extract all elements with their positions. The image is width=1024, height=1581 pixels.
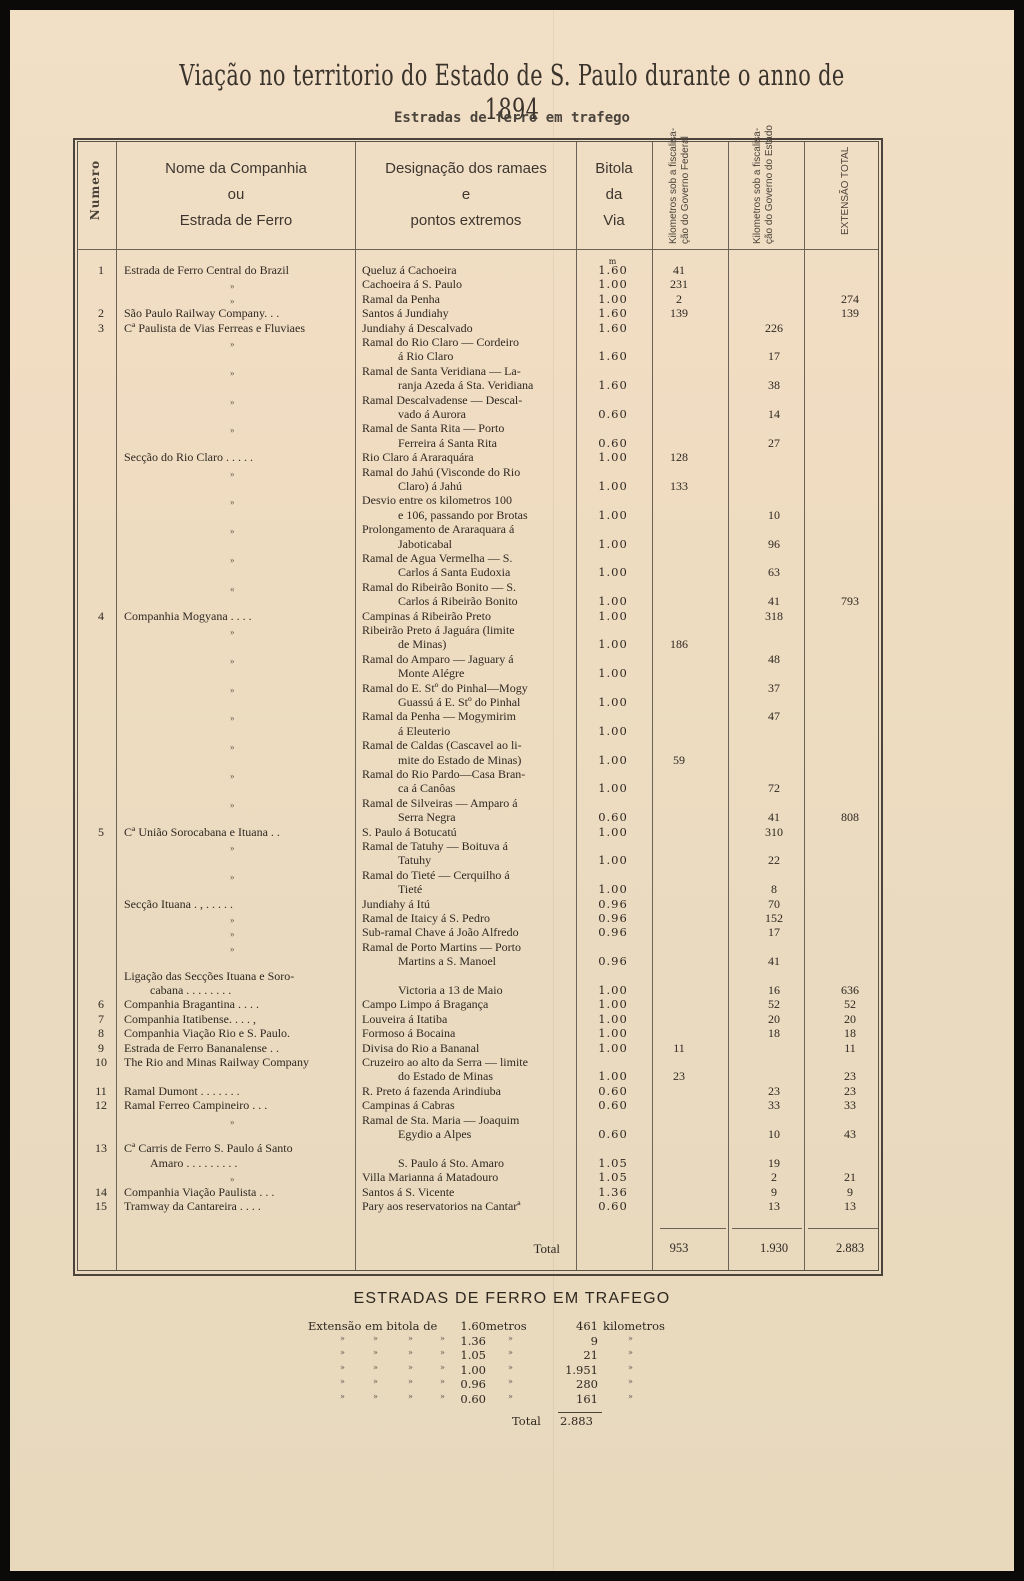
- total-km: 18: [815, 1026, 885, 1040]
- company-ditto-mark: »: [230, 927, 235, 941]
- total-km: 13: [815, 1199, 885, 1213]
- header-federal: Kilometros sob a fiscalisa- ção do Gover…: [668, 144, 692, 244]
- federal-km: 59: [654, 753, 704, 767]
- company-name: Companhia Mogyana . . . .: [124, 609, 252, 623]
- ditto-mark: »: [628, 1377, 633, 1386]
- totals-federal: 953: [654, 1241, 704, 1255]
- header-company: Nome da Companhia ou Estrada de Ferro: [118, 156, 354, 234]
- branch-designation: Cachoeira á S. Paulo: [362, 277, 462, 291]
- header-company-line3: Estrada de Ferro: [118, 208, 354, 234]
- branch-designation: Tieté: [398, 882, 422, 896]
- ditto-mark: »: [340, 1348, 345, 1357]
- document-subtitle: Estradas de ferro em trafego: [10, 110, 1014, 126]
- branch-designation: á Eleuterio: [398, 724, 450, 738]
- branch-designation: Egydio a Alpes: [398, 1127, 471, 1141]
- branch-designation: Santos á Jundiahy: [362, 306, 449, 320]
- company-name: Companhia Viação Paulista . . .: [124, 1185, 274, 1199]
- summary-gauge: 1.00: [440, 1363, 486, 1377]
- federal-km: 186: [654, 637, 704, 651]
- branch-designation: Campo Limpo á Bragança: [362, 997, 488, 1011]
- total-km: 52: [815, 997, 885, 1011]
- gauge-value: 1.00: [582, 825, 644, 839]
- company-ditto-mark: »: [230, 1115, 235, 1129]
- branch-designation: Sub-ramal Chave á João Alfredo: [362, 925, 519, 939]
- header-branches-line1: Designação dos ramaes: [356, 156, 576, 182]
- state-km: 48: [738, 652, 810, 666]
- state-km: 17: [738, 349, 810, 363]
- branch-designation: Ramal da Penha — Mogymirim: [362, 709, 516, 723]
- branch-designation: Carlos á Ribeirão Bonito: [398, 594, 518, 608]
- branch-designation: Carlos á Santa Eudoxia: [398, 565, 510, 579]
- company-ditto-mark: »: [230, 337, 235, 351]
- gauge-value: 1.00: [582, 983, 644, 997]
- state-km: 23: [738, 1084, 810, 1098]
- branch-designation: mite do Estado de Minas): [398, 753, 521, 767]
- state-km: 2: [738, 1170, 810, 1184]
- branch-designation: Ramal de Caldas (Cascavel ao li-: [362, 738, 522, 752]
- gauge-value: 0.60: [582, 1199, 644, 1213]
- totals-state: 1.930: [738, 1241, 810, 1255]
- row-number: 3: [86, 321, 116, 335]
- branch-designation: vado á Aurora: [398, 407, 466, 421]
- company-ditto-mark: «: [230, 582, 235, 596]
- summary-km: 161: [540, 1392, 598, 1406]
- branch-designation: Prolongamento de Araraquara á: [362, 522, 514, 536]
- row-number: 2: [86, 306, 116, 320]
- branch-designation: Claro) á Jahú: [398, 479, 462, 493]
- branch-designation: Ramal de Porto Martins — Porto: [362, 940, 521, 954]
- summary-gauge: 0.60: [440, 1392, 486, 1406]
- branch-designation: Jundiahy á Itú: [362, 897, 430, 911]
- branch-designation: Ribeirão Preto á Jaguára (limite: [362, 623, 515, 637]
- paper-fold: [553, 10, 554, 1571]
- gauge-value: 0.60: [582, 810, 644, 824]
- header-state-line1: Kilometros sob a fiscalisa-: [752, 144, 764, 244]
- row-number: 11: [86, 1084, 116, 1098]
- row-number: 7: [86, 1012, 116, 1026]
- state-km: 18: [738, 1026, 810, 1040]
- summary-label: Extensão em bitola de: [308, 1319, 437, 1333]
- gauge-value: 1.00: [582, 565, 644, 579]
- company-name: Estrada de Ferro Bananalense . .: [124, 1041, 279, 1055]
- branch-designation: Victoria a 13 de Maio: [398, 983, 503, 997]
- gauge-value: 1.00: [582, 1026, 644, 1040]
- gauge-value: 1.00: [582, 594, 644, 608]
- company-ditto-mark: »: [230, 625, 235, 639]
- total-km: 23: [815, 1084, 885, 1098]
- total-km: 20: [815, 1012, 885, 1026]
- header-branches-line2: e: [356, 182, 576, 208]
- branch-designation: S. Paulo á Sto. Amaro: [398, 1156, 504, 1170]
- gauge-value: 1.05: [582, 1170, 644, 1184]
- company-name: The Rio and Minas Railway Company: [124, 1055, 309, 1069]
- state-km: 10: [738, 508, 810, 522]
- company-name: Tramway da Cantareira . . . .: [124, 1199, 261, 1213]
- header-gauge-line3: Via: [578, 208, 650, 234]
- company-ditto-mark: »: [230, 279, 235, 293]
- federal-km: 23: [654, 1069, 704, 1083]
- header-total: EXTENSÃO TOTAL: [840, 155, 852, 235]
- header-rule: [78, 249, 878, 250]
- state-km: 41: [738, 954, 810, 968]
- column-rule: [576, 142, 577, 1270]
- gauge-value: 0.96: [582, 954, 644, 968]
- gauge-value: 0.96: [582, 911, 644, 925]
- ditto-mark: »: [508, 1377, 513, 1386]
- branch-designation: Santos á S. Vicente: [362, 1185, 454, 1199]
- branch-designation: Ramal Descalvadense — Descal-: [362, 393, 522, 407]
- company-name: Secção do Rio Claro . . . . .: [124, 450, 253, 464]
- state-km: 63: [738, 565, 810, 579]
- total-km: 139: [815, 306, 885, 320]
- row-number: 1: [86, 263, 116, 277]
- gauge-value: 1.00: [582, 724, 644, 738]
- state-km: 14: [738, 407, 810, 421]
- company-ditto-mark: »: [230, 841, 235, 855]
- branch-designation: ranja Azeda á Sta. Veridiana: [398, 378, 533, 392]
- branch-designation: Jaboticabal: [398, 537, 452, 551]
- column-rule: [355, 142, 356, 1270]
- company-ditto-mark: »: [230, 654, 235, 668]
- gauge-value: 1.60: [582, 349, 644, 363]
- company-ditto-mark: »: [230, 395, 235, 409]
- gauge-value: 1.60: [582, 378, 644, 392]
- company-name: Ligação das Secções Ituana e Soro-cabana…: [124, 969, 294, 998]
- ditto-mark: »: [373, 1348, 378, 1357]
- state-km: 27: [738, 436, 810, 450]
- gauge-value: 1.60: [582, 321, 644, 335]
- branch-designation: Villa Marianna á Matadouro: [362, 1170, 498, 1184]
- branch-designation: Campinas á Cabras: [362, 1098, 455, 1112]
- state-km: 10: [738, 1127, 810, 1141]
- branch-designation: Louveira á Itatiba: [362, 1012, 447, 1026]
- branch-designation: Ramal de Santa Veridiana — La-: [362, 364, 521, 378]
- company-ditto-mark: »: [230, 467, 235, 481]
- summary-gauge: 1.36: [440, 1334, 486, 1348]
- branch-designation: Ramal do Tieté — Cerquilho á: [362, 868, 510, 882]
- branch-designation: Ramal do Amparo — Jaguary á: [362, 652, 514, 666]
- ditto-mark: »: [628, 1392, 633, 1401]
- summary-km: 9: [540, 1334, 598, 1348]
- state-km: 47: [738, 709, 810, 723]
- summary-title: ESTRADAS DE FERRO EM TRAFEGO: [0, 1290, 1024, 1308]
- branch-designation: á Rio Claro: [398, 349, 453, 363]
- ditto-mark: »: [340, 1377, 345, 1386]
- company-name: Secção Ituana . , . . . . .: [124, 897, 233, 911]
- state-km: 8: [738, 882, 810, 896]
- gauge-value: 0.96: [582, 897, 644, 911]
- state-km: 13: [738, 1199, 810, 1213]
- branch-designation: Cruzeiro ao alto da Serra — limite: [362, 1055, 528, 1069]
- ditto-mark: »: [508, 1348, 513, 1357]
- totals-rule-total: [808, 1228, 878, 1229]
- summary-km: 21: [540, 1348, 598, 1362]
- branch-designation: Martins a S. Manoel: [398, 954, 496, 968]
- ditto-mark: »: [373, 1334, 378, 1343]
- company-name: Companhia Viação Rio e S. Paulo.: [124, 1026, 290, 1040]
- state-km: 16: [738, 983, 810, 997]
- state-km: 41: [738, 594, 810, 608]
- gauge-value: 1.05: [582, 1156, 644, 1170]
- federal-km: 139: [654, 306, 704, 320]
- federal-km: 2: [654, 292, 704, 306]
- total-km: 21: [815, 1170, 885, 1184]
- gauge-value: 1.60: [582, 263, 644, 277]
- branch-designation: Tatuhy: [398, 853, 431, 867]
- federal-km: 41: [654, 263, 704, 277]
- gauge-value: 1.00: [582, 292, 644, 306]
- total-km: 33: [815, 1098, 885, 1112]
- company-name: Ramal Ferreo Campineiro . . .: [124, 1098, 267, 1112]
- gauge-value: 0.60: [582, 436, 644, 450]
- company-name: Cª Carris de Ferro S. Paulo á SantoAmaro…: [124, 1141, 293, 1170]
- gauge-value: 1.36: [582, 1185, 644, 1199]
- company-name: São Paulo Railway Company. . .: [124, 306, 279, 320]
- header-gauge-line2: da: [578, 182, 650, 208]
- state-km: 22: [738, 853, 810, 867]
- ditto-mark: »: [408, 1348, 413, 1357]
- header-federal-line1: Kilometros sob a fiscalisa-: [668, 144, 680, 244]
- gauge-value: 1.60: [582, 306, 644, 320]
- branch-designation: Monte Alégre: [398, 666, 464, 680]
- summary-gauge: 0.96: [440, 1377, 486, 1391]
- company-ditto-mark: »: [230, 711, 235, 725]
- totals-label: Total: [440, 1242, 560, 1256]
- gauge-value: 1.00: [582, 277, 644, 291]
- total-km: 11: [815, 1041, 885, 1055]
- header-federal-line2: ção do Governo Federal: [680, 144, 692, 244]
- gauge-value: 0.60: [582, 1098, 644, 1112]
- company-ditto-mark: »: [230, 942, 235, 956]
- branch-designation: R. Preto á fazenda Arindiuba: [362, 1084, 501, 1098]
- row-number: 5: [86, 825, 116, 839]
- branch-designation: Ramal do Rio Pardo—Casa Bran-: [362, 767, 525, 781]
- gauge-value: 0.96: [582, 925, 644, 939]
- company-ditto-mark: »: [230, 683, 235, 697]
- branch-designation: Pary aos reservatorios na Cantarª: [362, 1199, 521, 1213]
- column-rule: [116, 142, 117, 1270]
- header-branches-line3: pontos extremos: [356, 208, 576, 234]
- state-km: 226: [738, 321, 810, 335]
- total-km: 9: [815, 1185, 885, 1199]
- ditto-mark: »: [340, 1392, 345, 1401]
- branch-designation: Ramal de Tatuhy — Boituva á: [362, 839, 508, 853]
- company-name: Cª União Sorocabana e Ituana . .: [124, 825, 280, 839]
- company-ditto-mark: »: [230, 366, 235, 380]
- branch-designation: Queluz á Cachoeira: [362, 263, 457, 277]
- ditto-mark: »: [340, 1363, 345, 1372]
- state-km: 38: [738, 378, 810, 392]
- company-ditto-mark: »: [230, 495, 235, 509]
- row-number: 12: [86, 1098, 116, 1112]
- gauge-value: 1.00: [582, 666, 644, 680]
- row-number: 6: [86, 997, 116, 1011]
- branch-designation: Ramal do E. Stº do Pinhal—Mogy: [362, 681, 528, 695]
- state-km: 310: [738, 825, 810, 839]
- gauge-value: 1.00: [582, 1012, 644, 1026]
- totals-rule-state: [732, 1228, 802, 1229]
- gauge-value: 1.00: [582, 781, 644, 795]
- header-company-line1: Nome da Companhia: [118, 156, 354, 182]
- branch-designation: Ferreira á Santa Rita: [398, 436, 497, 450]
- summary-km-unit: kilometros: [603, 1319, 665, 1333]
- gauge-value: 1.00: [582, 537, 644, 551]
- gauge-value: 1.00: [582, 853, 644, 867]
- column-rule: [652, 142, 653, 1270]
- branch-designation: Jundiahy á Descalvado: [362, 321, 473, 335]
- gauge-value: 1.00: [582, 695, 644, 709]
- branch-designation: de Minas): [398, 637, 446, 651]
- state-km: 52: [738, 997, 810, 1011]
- gauge-value: 1.00: [582, 882, 644, 896]
- company-name: Estrada de Ferro Central do Brazil: [124, 263, 289, 277]
- branch-designation: Guassú á E. Stº do Pinhal: [398, 695, 520, 709]
- federal-km: 133: [654, 479, 704, 493]
- header-numero: Numero: [89, 155, 101, 225]
- federal-km: 11: [654, 1041, 704, 1055]
- gauge-value: 1.00: [582, 753, 644, 767]
- summary-total-rule: [558, 1412, 602, 1413]
- ditto-mark: »: [408, 1377, 413, 1386]
- summary-gauge: 1.60: [440, 1319, 486, 1333]
- company-ditto-mark: »: [230, 870, 235, 884]
- header-gauge-line1: Bitola: [578, 156, 650, 182]
- company-ditto-mark: »: [230, 798, 235, 812]
- ditto-mark: »: [508, 1363, 513, 1372]
- gauge-value: 1.00: [582, 450, 644, 464]
- ditto-mark: »: [508, 1334, 513, 1343]
- row-number: 15: [86, 1199, 116, 1213]
- gauge-value: 0.60: [582, 1084, 644, 1098]
- summary-unit: metros: [486, 1319, 527, 1333]
- company-name: Ramal Dumont . . . . . . .: [124, 1084, 240, 1098]
- branch-designation: Desvio entre os kilometros 100: [362, 493, 512, 507]
- summary-km: 461: [540, 1319, 598, 1333]
- state-km: 37: [738, 681, 810, 695]
- header-state-line2: ção do Governo do Estado: [764, 144, 776, 244]
- total-km: 793: [815, 594, 885, 608]
- gauge-value: 1.00: [582, 1069, 644, 1083]
- company-ditto-mark: »: [230, 769, 235, 783]
- totals-grand: 2.883: [815, 1241, 885, 1255]
- branch-designation: Campinas á Ribeirão Preto: [362, 609, 491, 623]
- total-km: 43: [815, 1127, 885, 1141]
- federal-km: 128: [654, 450, 704, 464]
- branch-designation: Ramal de Sta. Maria — Joaquim: [362, 1113, 519, 1127]
- row-number: 14: [86, 1185, 116, 1199]
- total-km: 274: [815, 292, 885, 306]
- branch-designation: Ramal do Ribeirão Bonito — S.: [362, 580, 516, 594]
- branch-designation: ca á Canôas: [398, 781, 455, 795]
- branch-designation: Ramal do Rio Claro — Cordeiro: [362, 335, 519, 349]
- branch-designation: Divisa do Rio a Bananal: [362, 1041, 479, 1055]
- gauge-value: 1.00: [582, 997, 644, 1011]
- total-km: 23: [815, 1069, 885, 1083]
- ditto-mark: »: [373, 1377, 378, 1386]
- ditto-mark: »: [340, 1334, 345, 1343]
- header-gauge: Bitola da Via: [578, 156, 650, 234]
- gauge-value: 1.00: [582, 508, 644, 522]
- state-km: 70: [738, 897, 810, 911]
- ditto-mark: »: [628, 1348, 633, 1357]
- column-rule: [728, 142, 729, 1270]
- company-name: Companhia Bragantina . . . .: [124, 997, 259, 1011]
- branch-designation: Formoso á Bocaina: [362, 1026, 455, 1040]
- state-km: 20: [738, 1012, 810, 1026]
- gauge-value: 0.60: [582, 407, 644, 421]
- gauge-value: 1.00: [582, 609, 644, 623]
- state-km: 9: [738, 1185, 810, 1199]
- federal-km: 231: [654, 277, 704, 291]
- ditto-mark: »: [373, 1363, 378, 1372]
- branch-designation: Rio Claro á Araraquára: [362, 450, 474, 464]
- state-km: 41: [738, 810, 810, 824]
- row-number: 4: [86, 609, 116, 623]
- branch-designation: Ramal de Silveiras — Amparo á: [362, 796, 518, 810]
- summary-total-km: 2.883: [560, 1414, 593, 1428]
- ditto-mark: »: [373, 1392, 378, 1401]
- row-number: 9: [86, 1041, 116, 1055]
- header-branches: Designação dos ramaes e pontos extremos: [356, 156, 576, 234]
- branch-designation: Ramal de Santa Rita — Porto: [362, 421, 504, 435]
- ditto-mark: »: [408, 1392, 413, 1401]
- state-km: 318: [738, 609, 810, 623]
- company-ditto-mark: »: [230, 524, 235, 538]
- state-km: 17: [738, 925, 810, 939]
- row-number: 13: [86, 1141, 116, 1155]
- branch-designation: do Estado de Minas: [398, 1069, 493, 1083]
- company-ditto-mark: »: [230, 913, 235, 927]
- branch-designation: S. Paulo á Botucatú: [362, 825, 457, 839]
- row-number: 8: [86, 1026, 116, 1040]
- totals-rule-federal: [660, 1228, 726, 1229]
- state-km: 152: [738, 911, 810, 925]
- row-number: 10: [86, 1055, 116, 1069]
- summary-gauge: 1.05: [440, 1348, 486, 1362]
- branch-designation: Ramal do Jahú (Visconde do Rio: [362, 465, 520, 479]
- total-km: 636: [815, 983, 885, 997]
- summary-km: 280: [540, 1377, 598, 1391]
- branch-designation: Ramal de Agua Vermelha — S.: [362, 551, 512, 565]
- branch-designation: e 106, passando por Brotas: [398, 508, 528, 522]
- ditto-mark: »: [508, 1392, 513, 1401]
- company-ditto-mark: »: [230, 423, 235, 437]
- company-ditto-mark: »: [230, 553, 235, 567]
- header-company-line2: ou: [118, 182, 354, 208]
- ditto-mark: »: [628, 1334, 633, 1343]
- gauge-value: 1.00: [582, 479, 644, 493]
- company-ditto-mark: »: [230, 740, 235, 754]
- summary-km: 1.951: [540, 1363, 598, 1377]
- branch-designation: Ramal da Penha: [362, 292, 440, 306]
- branch-designation: Ramal de Itaicy á S. Pedro: [362, 911, 490, 925]
- state-km: 19: [738, 1156, 810, 1170]
- header-state: Kilometros sob a fiscalisa- ção do Gover…: [752, 144, 776, 244]
- company-name: Cª Paulista de Vias Ferreas e Fluviaes: [124, 321, 305, 335]
- state-km: 72: [738, 781, 810, 795]
- state-km: 96: [738, 537, 810, 551]
- gauge-value: 1.00: [582, 637, 644, 651]
- total-km: 808: [815, 810, 885, 824]
- state-km: 33: [738, 1098, 810, 1112]
- ditto-mark: »: [628, 1363, 633, 1372]
- ditto-mark: »: [408, 1363, 413, 1372]
- summary-total-label: Total: [512, 1414, 541, 1428]
- gauge-value: 1.00: [582, 1041, 644, 1055]
- branch-designation: Serra Negra: [398, 810, 456, 824]
- ditto-mark: »: [408, 1334, 413, 1343]
- gauge-value: 0.60: [582, 1127, 644, 1141]
